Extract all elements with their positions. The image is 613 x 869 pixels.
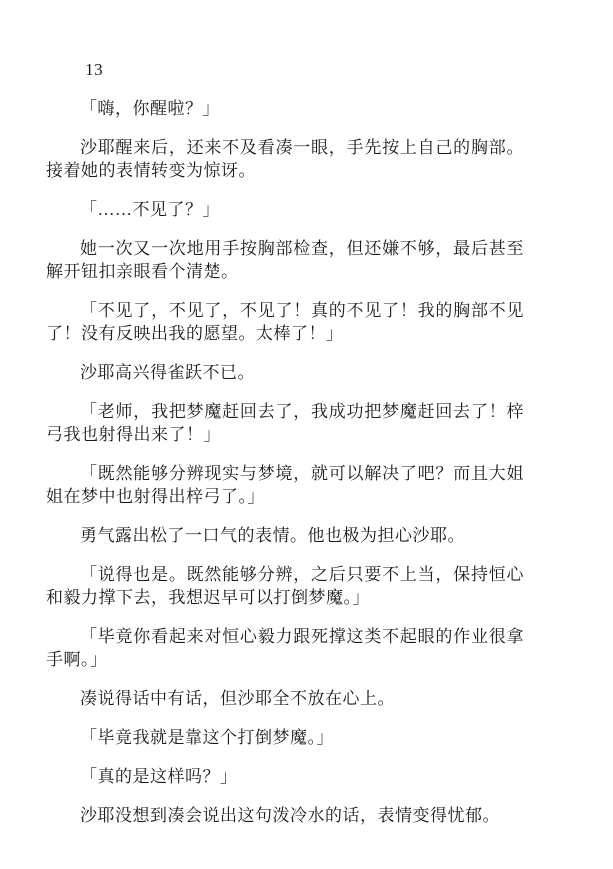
paragraph-dialogue-7: 「毕竟你看起来对恒心毅力跟死撑这类不起眼的作业很拿手啊。」 [46,625,524,671]
paragraph-narration-6: 沙耶没想到凑会说出这句泼冷水的话，表情变得忧郁。 [46,804,524,827]
paragraph-dialogue-8: 「毕竟我就是靠这个打倒梦魔。」 [46,726,524,749]
paragraph-narration-4: 勇气露出松了一口气的表情。他也极为担心沙耶。 [46,524,524,547]
paragraph-dialogue-6: 「说得也是。既然能够分辨，之后只要不上当，保持恒心和毅力撑下去，我想迟早可以打倒… [46,563,524,609]
paragraph-dialogue-9: 「真的是这样吗？」 [46,765,524,788]
paragraph-narration-5: 凑说得话中有话，但沙耶全不放在心上。 [46,687,524,710]
paragraph-dialogue-1: 「嗨，你醒啦？」 [46,97,524,120]
paragraph-narration-1: 沙耶醒来后，还来不及看凑一眼，手先按上自己的胸部。接着她的表情转变为惊讶。 [46,136,524,182]
book-page: 13 「嗨，你醒啦？」 沙耶醒来后，还来不及看凑一眼，手先按上自己的胸部。接着她… [0,0,613,869]
page-number: 13 [46,58,524,81]
paragraph-dialogue-2: 「……不见了？」 [46,198,524,221]
paragraph-dialogue-5: 「既然能够分辨现实与梦境，就可以解决了吧？而且大姐姐在梦中也射得出梓弓了。」 [46,462,524,508]
paragraph-narration-3: 沙耶高兴得雀跃不已。 [46,361,524,384]
page-content: 13 「嗨，你醒啦？」 沙耶醒来后，还来不及看凑一眼，手先按上自己的胸部。接着她… [46,58,524,843]
paragraph-dialogue-3: 「不见了，不见了，不见了！真的不见了！我的胸部不见了！没有反映出我的愿望。太棒了… [46,299,524,345]
paragraph-dialogue-4: 「老师，我把梦魔赶回去了，我成功把梦魔赶回去了！梓弓我也射得出来了！」 [46,400,524,446]
paragraph-narration-2: 她一次又一次地用手按胸部检查，但还嫌不够，最后甚至解开钮扣亲眼看个清楚。 [46,237,524,283]
